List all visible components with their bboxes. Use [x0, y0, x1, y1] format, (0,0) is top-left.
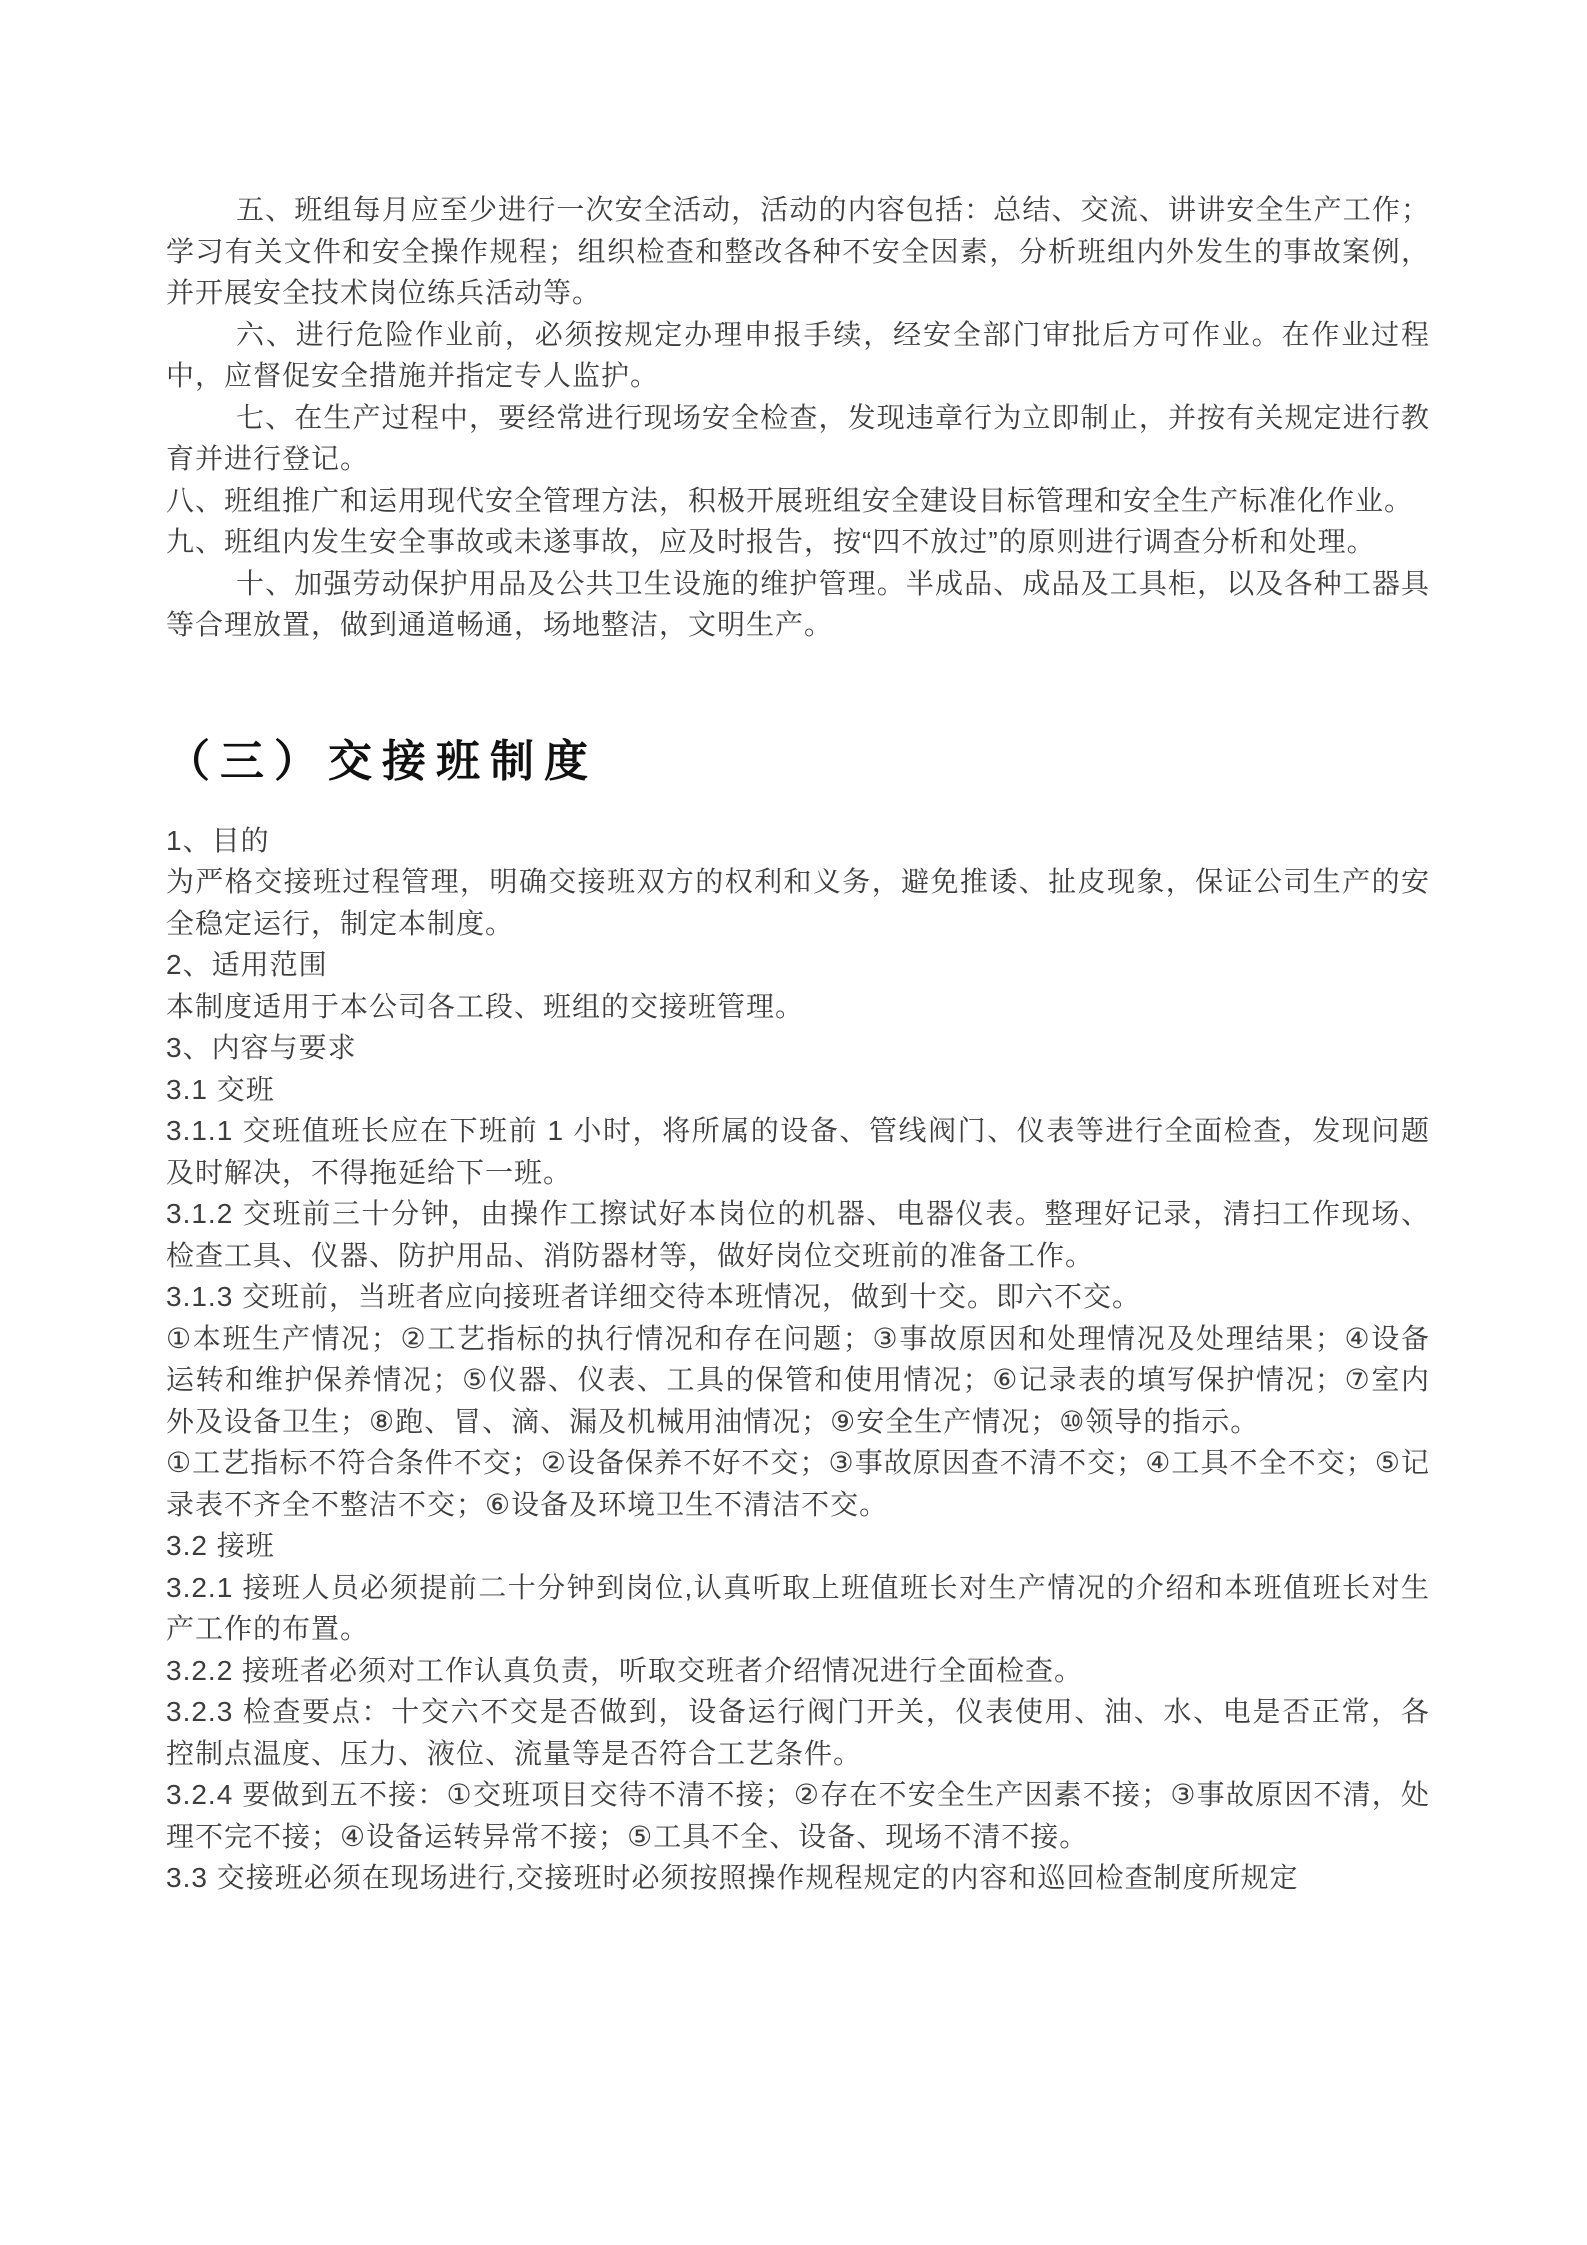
clause-3-1-1: 3.1.1 交班值班长应在下班前 1 小时，将所属的设备、管线阀门、仪表等进行全…: [166, 1110, 1430, 1193]
scope-heading: 2、适用范围: [166, 944, 1430, 986]
intro-rules-block: 五、班组每月应至少进行一次安全活动，活动的内容包括：总结、交流、讲讲安全生产工作…: [166, 189, 1430, 646]
clause-3-1-3: 3.1.3 交班前，当班者应向接班者详细交待本班情况，做到十交。即六不交。: [166, 1276, 1430, 1318]
rule-8-modern-safety-management: 八、班组推广和运用现代安全管理方法，积极开展班组安全建设目标管理和安全生产标准化…: [166, 480, 1430, 522]
rule-6-hazardous-work-approval: 六、进行危险作业前，必须按规定办理申报手续，经安全部门审批后方可作业。在作业过程…: [166, 314, 1430, 397]
rule-5-monthly-safety-activity: 五、班组每月应至少进行一次安全活动，活动的内容包括：总结、交流、讲讲安全生产工作…: [166, 189, 1430, 314]
clause-3-2-4: 3.2.4 要做到五不接：①交班项目交待不清不接；②存在不安全生产因素不接；③事…: [166, 1774, 1430, 1857]
section-heading: （三）交接班制度: [166, 726, 1430, 798]
purpose-text: 为严格交接班过程管理，明确交接班双方的权利和义务，避免推诿、扯皮现象，保证公司生…: [166, 861, 1430, 944]
rule-9-accident-reporting: 九、班组内发生安全事故或未遂事故，应及时报告，按“四不放过”的原则进行调查分析和…: [166, 521, 1430, 563]
takeover-subheading-3-2: 3.2 接班: [166, 1525, 1430, 1567]
content-requirements-heading: 3、内容与要求: [166, 1027, 1430, 1069]
handover-subheading-3-1: 3.1 交班: [166, 1069, 1430, 1111]
clause-3-2-2: 3.2.2 接班者必须对工作认真负责，听取交班者介绍情况进行全面检查。: [166, 1650, 1430, 1692]
six-no-handover-list: ①工艺指标不符合条件不交；②设备保养不好不交；③事故原因查不清不交；④工具不全不…: [166, 1442, 1430, 1525]
rule-10-protective-equipment: 十、加强劳动保护用品及公共卫生设施的维护管理。半成品、成品及工具柜，以及各种工器…: [166, 563, 1430, 646]
clause-3-2-1: 3.2.1 接班人员必须提前二十分钟到岗位,认真听取上班值班长对生产情况的介绍和…: [166, 1567, 1430, 1650]
clause-3-3: 3.3 交接班必须在现场进行,交接班时必须按照操作规程规定的内容和巡回检查制度所…: [166, 1857, 1430, 1899]
clause-3-2-3: 3.2.3 检查要点：十交六不交是否做到，设备运行阀门开关，仪表使用、油、水、电…: [166, 1691, 1430, 1774]
scope-text: 本制度适用于本公司各工段、班组的交接班管理。: [166, 986, 1430, 1028]
document-page: 五、班组每月应至少进行一次安全活动，活动的内容包括：总结、交流、讲讲安全生产工作…: [0, 0, 1587, 2245]
purpose-heading: 1、目的: [166, 820, 1430, 862]
clause-3-1-2: 3.1.2 交班前三十分钟，由操作工擦试好本岗位的机器、电器仪表。整理好记录，清…: [166, 1193, 1430, 1276]
section-body-block: 1、目的 为严格交接班过程管理，明确交接班双方的权利和义务，避免推诿、扯皮现象，…: [166, 820, 1430, 1899]
rule-7-onsite-safety-inspection: 七、在生产过程中，要经常进行现场安全检查，发现违章行为立即制止，并按有关规定进行…: [166, 397, 1430, 480]
ten-handover-items-list: ①本班生产情况；②工艺指标的执行情况和存在问题；③事故原因和处理情况及处理结果；…: [166, 1318, 1430, 1443]
